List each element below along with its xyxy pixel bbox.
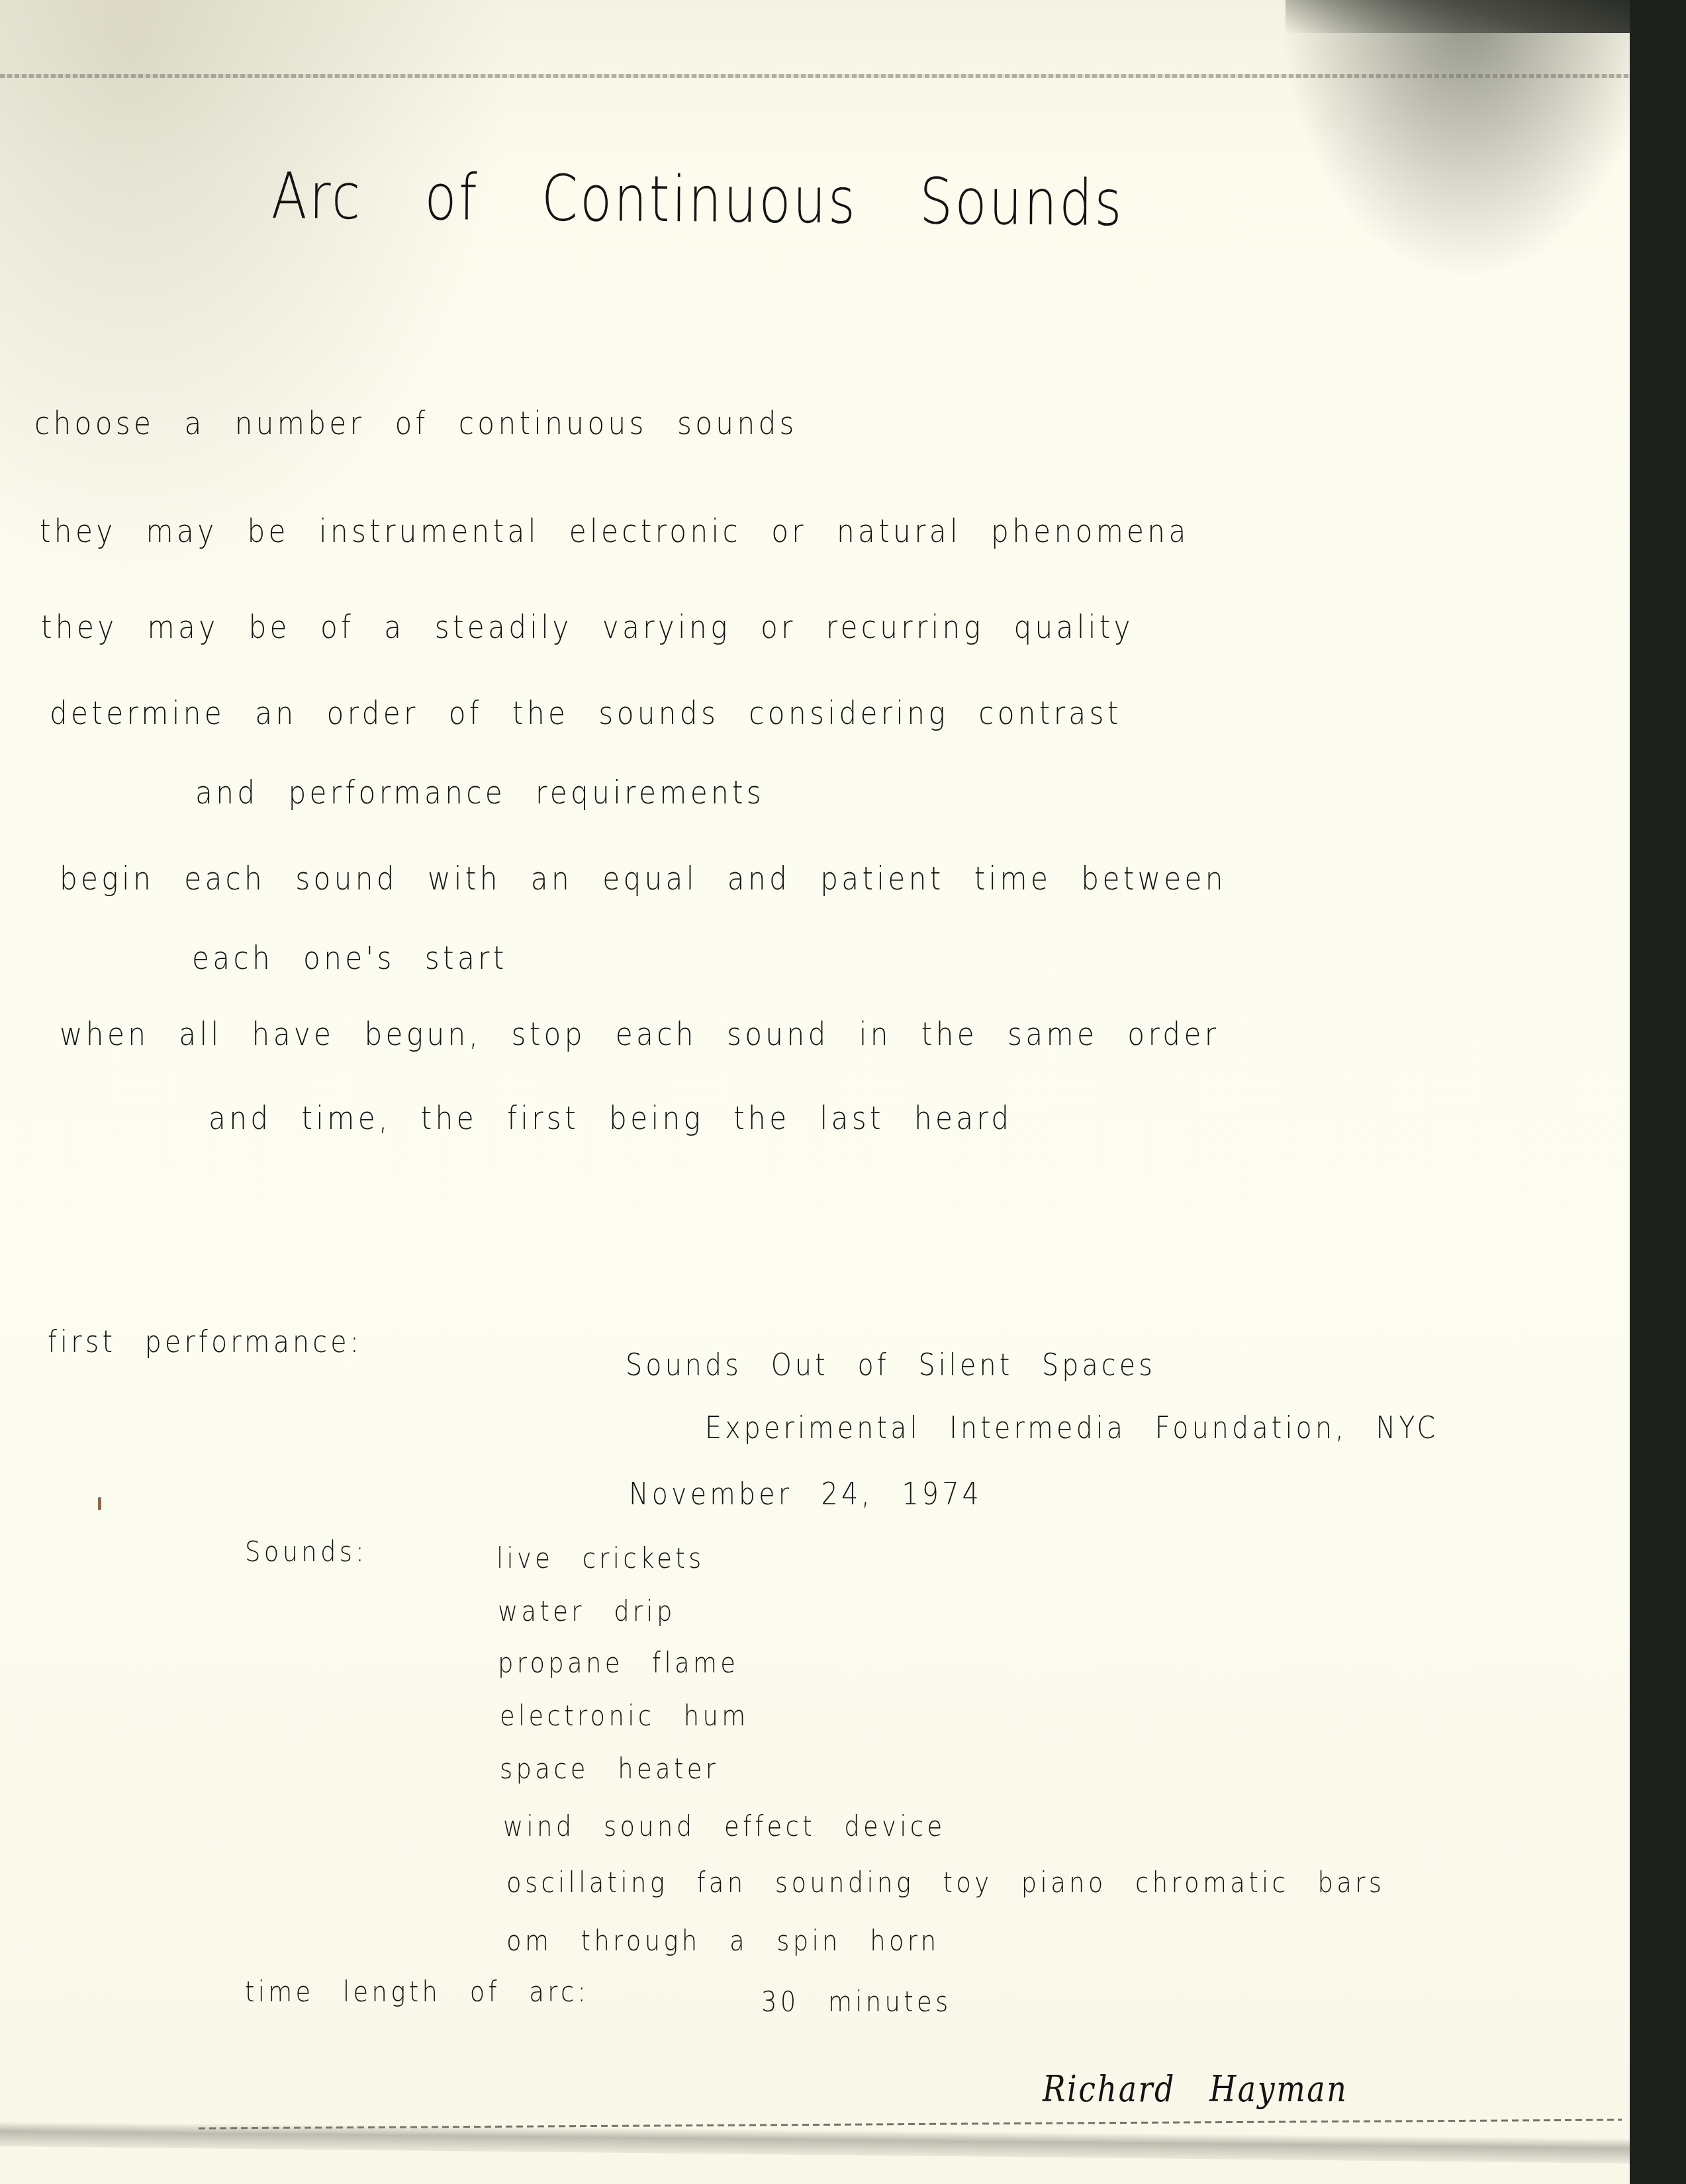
first-performance-event: Sounds Out of Silent Spaces [626, 1347, 1156, 1383]
instruction-line: and performance requirements [195, 774, 765, 811]
scanned-page: Arc of Continuous Sounds choose a number… [0, 0, 1630, 2184]
sound-item: oscillating fan sounding toy piano chrom… [506, 1866, 1385, 1899]
paper-speck [98, 1497, 101, 1510]
instruction-line: they may be instrumental electronic or n… [40, 513, 1190, 550]
sound-item: propane flame [498, 1647, 739, 1679]
sound-item: electronic hum [500, 1700, 749, 1732]
sound-item: wind sound effect device [503, 1810, 945, 1843]
sound-item: live crickets [496, 1542, 705, 1574]
fold-line-bottom [0, 2121, 1630, 2163]
time-length-value: 30 minutes [761, 1985, 952, 2018]
instruction-line: when all have begun, stop each sound in … [60, 1016, 1219, 1053]
first-performance-date: November 24, 1974 [629, 1476, 982, 1512]
document-title: Arc of Continuous Sounds [271, 159, 1124, 240]
sound-item: om through a spin horn [506, 1925, 939, 1957]
time-length-label: time length of arc: [245, 1976, 589, 2008]
instruction-line: each one's start [192, 940, 508, 977]
instruction-line: and time, the first being the last heard [209, 1100, 1012, 1137]
fold-line-top [0, 74, 1630, 78]
instruction-line: begin each sound with an equal and patie… [60, 860, 1227, 897]
instruction-line: they may be of a steadily varying or rec… [41, 609, 1134, 646]
sounds-label: Sounds: [245, 1535, 367, 1568]
sound-item: water drip [498, 1595, 676, 1627]
signature: Richard Hayman [1043, 2068, 1348, 2110]
first-performance-label: first performance: [48, 1324, 362, 1359]
instruction-line: determine an order of the sounds conside… [50, 695, 1122, 732]
torn-corner [1286, 0, 1630, 33]
first-performance-venue: Experimental Intermedia Foundation, NYC [705, 1410, 1438, 1445]
sound-item: space heater [500, 1752, 719, 1785]
instruction-line: choose a number of continuous sounds [34, 405, 798, 442]
